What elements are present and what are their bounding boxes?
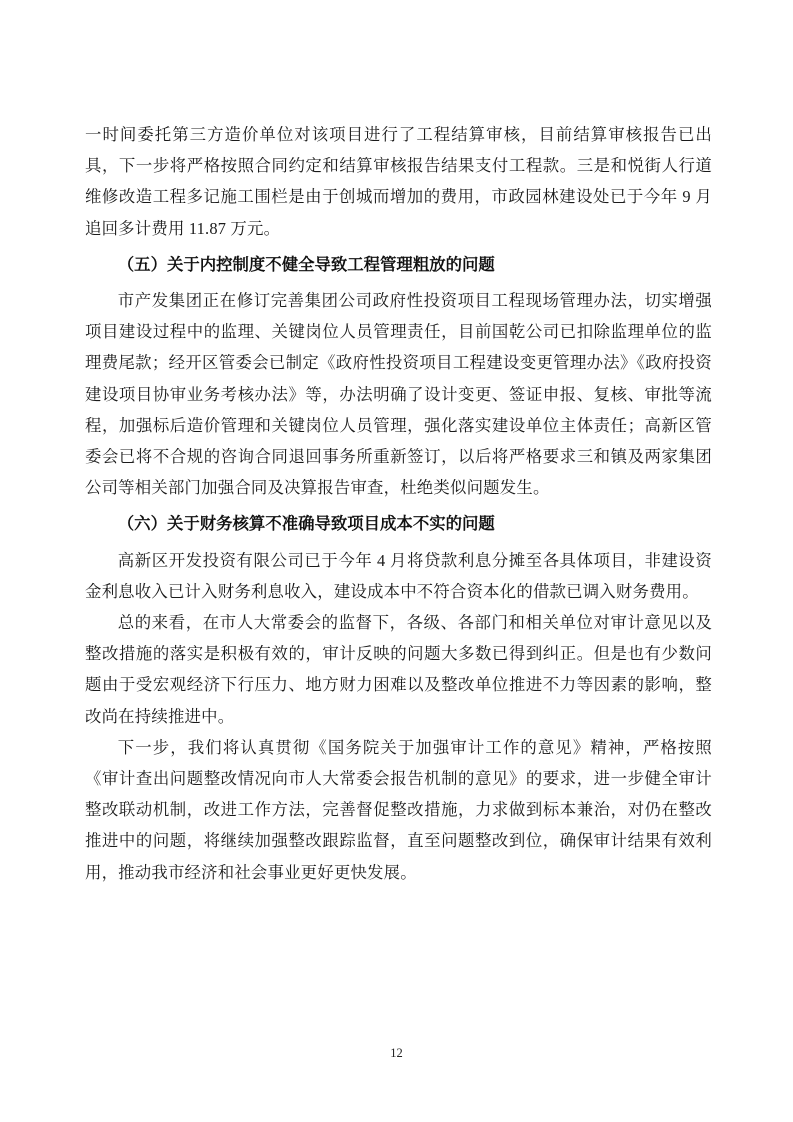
paragraph-section-6-response: 高新区开发投资有限公司已于今年 4 月将贷款利息分摊至各具体项目，非建设资金利息… bbox=[85, 545, 712, 607]
section-heading-5: （五）关于内控制度不健全导致工程管理粗放的问题 bbox=[85, 249, 712, 280]
page-number: 12 bbox=[0, 1046, 793, 1061]
section-heading-6: （六）关于财务核算不准确导致项目成本不实的问题 bbox=[85, 508, 712, 539]
document-page: 一时间委托第三方造价单位对该项目进行了工程结算审核，目前结算审核报告已出具，下一… bbox=[0, 0, 793, 1122]
paragraph-overall-summary: 总的来看，在市人大常委会的监督下，各级、各部门和相关单位对审计意见以及整改措施的… bbox=[85, 607, 712, 732]
paragraph-continuation: 一时间委托第三方造价单位对该项目进行了工程结算审核，目前结算审核报告已出具，下一… bbox=[85, 119, 712, 244]
paragraph-section-5-response: 市产发集团正在修订完善集团公司政府性投资项目工程现场管理办法，切实增强项目建设过… bbox=[85, 285, 712, 503]
paragraph-next-steps: 下一步，我们将认真贯彻《国务院关于加强审计工作的意见》精神，严格按照《审计查出问… bbox=[85, 732, 712, 888]
document-body: 一时间委托第三方造价单位对该项目进行了工程结算审核，目前结算审核报告已出具，下一… bbox=[85, 119, 712, 888]
